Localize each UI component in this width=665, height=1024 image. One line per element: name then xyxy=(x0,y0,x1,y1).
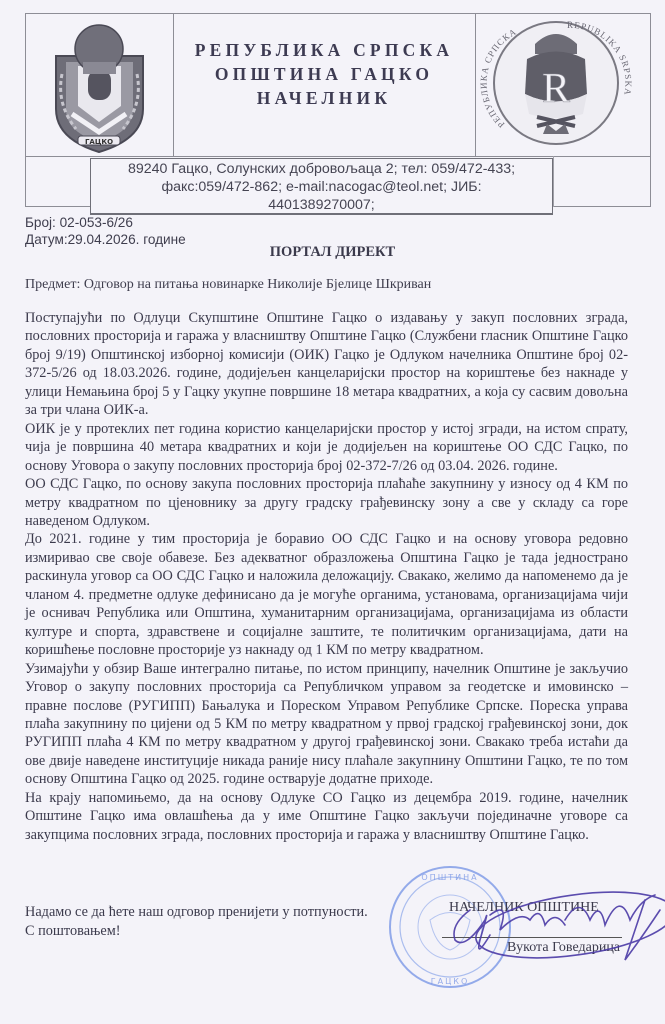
column-divider xyxy=(553,156,554,207)
contact-info-box: 89240 Гацко, Солунских добровољаца 2; те… xyxy=(90,158,553,215)
paragraph: ОИК је у протеклих пет година користио к… xyxy=(25,420,628,475)
paragraph: До 2021. године у тим просторија је бора… xyxy=(25,530,628,659)
document-page: ГАЦКО РЕПУБЛИКА СРПСКА ОПШТИНА ГАЦКО НАЧ… xyxy=(0,0,665,1024)
paragraph: Поступајући по Одлуци Скупштине Општине … xyxy=(25,309,628,420)
letter-body: Поступајући по Одлуци Скупштине Општине … xyxy=(25,309,628,844)
gacko-coat-of-arms-icon: ГАЦКО xyxy=(26,14,173,156)
letterhead-table: ГАЦКО РЕПУБЛИКА СРПСКА ОПШТИНА ГАЦКО НАЧ… xyxy=(25,13,651,207)
letterhead-title: РЕПУБЛИКА СРПСКА ОПШТИНА ГАЦКО НАЧЕЛНИК xyxy=(173,38,475,110)
contact-fax-email: факс:059/472-862; e-mail:nacogac@teol.ne… xyxy=(91,178,552,196)
svg-text:R: R xyxy=(542,66,570,112)
paragraph: ОО СДС Гацко, по основу закупа пословних… xyxy=(25,475,628,530)
contact-address-phone: 89240 Гацко, Солунских добровољаца 2; те… xyxy=(91,160,552,178)
letterhead-top-row: ГАЦКО РЕПУБЛИКА СРПСКА ОПШТИНА ГАЦКО НАЧ… xyxy=(26,14,650,157)
municipality-emblem-cell: ГАЦКО xyxy=(26,14,174,156)
addressee-heading: ПОРТАЛ ДИРЕКТ xyxy=(0,244,665,261)
republic-seal-cell: R РЕПУБЛИКА СРПСКА REPUBLIKA SRPSKA xyxy=(475,14,650,156)
contact-tax-id: 4401389270007; xyxy=(91,196,552,214)
title-line-republic: РЕПУБЛИКА СРПСКА xyxy=(173,38,475,62)
svg-text:ГАЦКО: ГАЦКО xyxy=(431,977,470,986)
svg-text:ГАЦКО: ГАЦКО xyxy=(85,138,113,146)
reference-number: Број: 02-053-6/26 xyxy=(25,214,186,231)
closing-greeting: С поштовањем! xyxy=(25,922,368,941)
paragraph: Узимајући у обзир Ваше интегрално питање… xyxy=(25,660,628,789)
title-line-municipality: ОПШТИНА ГАЦКО xyxy=(173,62,475,86)
reference-block: Број: 02-053-6/26 Датум:29.04.2026. годи… xyxy=(25,214,186,248)
letterhead-contact-row: 89240 Гацко, Солунских добровољаца 2; те… xyxy=(26,156,650,207)
letterhead-title-cell: РЕПУБЛИКА СРПСКА ОПШТИНА ГАЦКО НАЧЕЛНИК xyxy=(173,14,476,156)
subject-line: Предмет: Одговор на питања новинарке Ник… xyxy=(25,277,431,293)
closing-block: Надамо се да ћете наш одговор пренијети … xyxy=(25,903,368,940)
paragraph: На крају напомињемо, да на основу Одлуке… xyxy=(25,789,628,844)
closing-line: Надамо се да ћете наш одговор пренијети … xyxy=(25,903,368,922)
title-line-mayor: НАЧЕЛНИК xyxy=(173,86,475,110)
handwritten-signature-icon xyxy=(430,880,665,970)
republika-srpska-seal-icon: R РЕПУБЛИКА СРПСКА REPUBLIKA SRPSKA xyxy=(475,14,650,156)
